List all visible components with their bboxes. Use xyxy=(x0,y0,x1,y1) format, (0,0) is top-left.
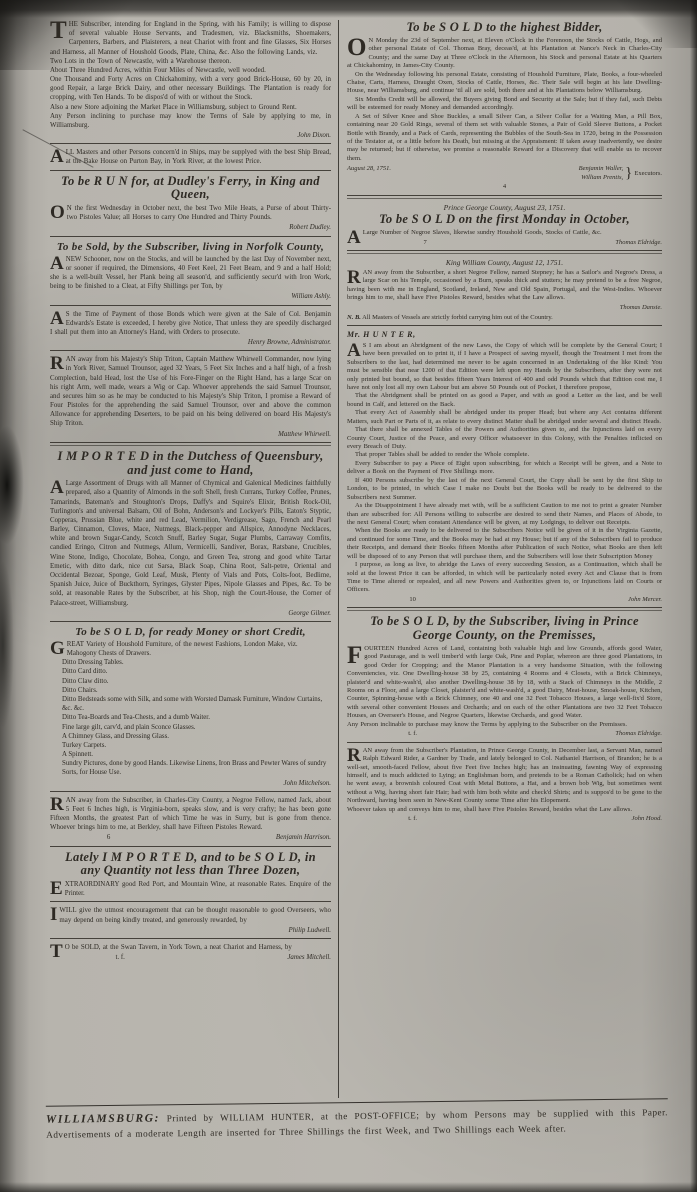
ad-signature: Thomas Eldridge. xyxy=(487,239,662,247)
ad-signature: Henry Browne, Administrator. xyxy=(50,338,331,347)
letter-paragraph: That there shall be annexed Tables of th… xyxy=(347,426,662,451)
column-rule xyxy=(347,195,662,199)
colophon-masthead: WILLIAMSBURG: xyxy=(46,1112,160,1125)
ad-signature-line: t. f. James Mitchell. xyxy=(65,953,331,962)
ad-body: ALarge Assortment of Drugs with all Mann… xyxy=(50,479,331,607)
scan-artifact-edge xyxy=(0,1182,697,1192)
printers-colophon: WILLIAMSBURG: Printed by WILLIAM HUNTER,… xyxy=(46,1098,668,1142)
letter-paragraph: As the Disappointment I have already met… xyxy=(347,502,662,527)
executors-block: Benjamin Waller, William Prentis, } Exec… xyxy=(579,165,662,182)
scan-artifact-ink-blob xyxy=(0,560,14,730)
drop-cap: R xyxy=(50,796,66,812)
brace-glyph: } xyxy=(625,167,632,180)
column-rule xyxy=(50,846,331,847)
ad-signature: Benjamin Harrison. xyxy=(167,833,331,842)
ad-eldridge-slaves-sale: Prince George County, August 23, 1751. T… xyxy=(347,203,662,247)
ad-heading: To be S O L D, by the Subscriber, living… xyxy=(347,615,662,643)
drop-cap: A xyxy=(347,342,363,358)
column-rule xyxy=(50,236,331,237)
ad-frequency-note: t. f. xyxy=(347,815,478,823)
ad-signature: William Ashly. xyxy=(50,292,331,301)
list-item: Ditto Card ditto. xyxy=(62,667,331,676)
letter-paragraph: That the Abridgment shall be printed on … xyxy=(347,392,662,409)
column-rule xyxy=(347,250,662,254)
scan-artifact-ink-blob xyxy=(0,425,24,545)
drop-cap: T xyxy=(50,943,65,959)
ad-imported-wine: Lately I M P O R T E D, and to be S O L … xyxy=(50,851,331,899)
newspaper-page-scan: THE Subscriber, intending for England in… xyxy=(0,0,697,1192)
ad-signature: John Mitchelson. xyxy=(50,779,331,788)
ad-number: 10 xyxy=(347,596,478,604)
ad-nota-bene: N. B. All Masters of Vessels are strictl… xyxy=(347,314,662,322)
drop-cap: R xyxy=(347,269,363,285)
ad-signature: George Gilmer. xyxy=(50,609,331,618)
drop-cap: R xyxy=(50,355,66,371)
drop-cap: A xyxy=(347,229,363,245)
list-item: Turkey Carpets. xyxy=(62,741,331,750)
ad-signature-line: t. f. John Hood. xyxy=(347,815,662,823)
column-rule xyxy=(50,621,331,622)
list-item: A Spinnett. xyxy=(62,750,331,759)
drop-cap: F xyxy=(347,645,364,665)
list-item: Ditto Dressing Tables. xyxy=(62,658,331,667)
ad-heading: To be S O L D to the highest Bidder, xyxy=(347,21,662,35)
ad-body: RAN away from the Subscriber, in Charles… xyxy=(50,796,331,833)
ad-frequency-note: t. f. xyxy=(347,730,478,738)
ad-furniture-mitchelson: To be S O L D, for ready Money or short … xyxy=(50,626,331,788)
ad-signature: Matthew Whirwell. xyxy=(50,430,331,439)
ad-dateline: Prince George County, August 23, 1751. xyxy=(347,203,662,213)
drop-cap: E xyxy=(50,880,65,896)
letter-paragraph: Every Subscriber to pay a Piece of Eight… xyxy=(347,460,662,477)
ad-horse-race-dudleys-ferry: To be R U N for, at Dudley's Ferry, in K… xyxy=(50,175,331,233)
ad-body: On the Wednesday following his personal … xyxy=(347,71,662,96)
drop-cap: A xyxy=(50,255,66,271)
ad-body: GREAT Variety of Houshold Furniture, of … xyxy=(50,640,331,649)
list-item: Ditto Bedsteads some with Silk, and some… xyxy=(62,695,331,713)
ad-edwards-bonds: AS the Time of Payment of those Bonds wh… xyxy=(50,310,331,348)
ad-heading: To be S O L D, for ready Money or short … xyxy=(50,626,331,638)
ad-heading: To be Sold, by the Subscriber, living in… xyxy=(50,241,331,253)
drop-cap: R xyxy=(347,747,363,763)
ad-signature: Robert Dudley. xyxy=(50,223,331,232)
list-item: Mahogony Chests of Drawers. xyxy=(62,649,331,658)
letter-paragraph: I purpose, as long as live, to abridge t… xyxy=(347,561,662,595)
ad-signature: John Dixon. xyxy=(50,131,331,140)
executor-name: Benjamin Waller, xyxy=(579,165,624,173)
column-rule xyxy=(50,305,331,306)
ad-imported-drugs-gilmer: I M P O R T E D in the Dutchess of Queen… xyxy=(50,450,331,618)
ad-dixon-estate: THE Subscriber, intending for England in… xyxy=(50,20,331,140)
ad-ship-bread: ALL Masters and other Persons concern'd … xyxy=(50,148,331,166)
ad-runaway-trounsor: RAN away from his Majesty's Ship Triton,… xyxy=(50,355,331,439)
ad-number: 4 xyxy=(347,183,662,191)
ad-heading: To be R U N for, at Dudley's Ferry, in K… xyxy=(50,175,331,203)
ad-date-and-executors: August 28, 1751. Benjamin Waller, Willia… xyxy=(347,165,662,182)
drop-cap: G xyxy=(50,640,67,656)
ad-body: ALarge Number of Negroe Slaves, likewise… xyxy=(347,229,662,237)
drop-cap: O xyxy=(50,204,67,220)
ad-body: RAN away from the Subscriber, a short Ne… xyxy=(347,269,662,303)
column-rule xyxy=(50,791,331,792)
drop-cap: T xyxy=(50,20,69,40)
colophon-text: WILLIAMSBURG: Printed by WILLIAM HUNTER,… xyxy=(46,1104,668,1142)
letter-paragraph: That proper Tables shall be added to ren… xyxy=(347,451,662,459)
executor-names: Benjamin Waller, William Prentis, xyxy=(579,165,624,182)
ad-body: AS the Time of Payment of those Bonds wh… xyxy=(50,310,331,338)
ad-body: FOURTEEN Hundred Acres of Land, containi… xyxy=(347,645,662,729)
letter-salutation: Mr. H U N T E R, xyxy=(347,330,662,340)
drop-cap: A xyxy=(50,310,66,326)
drop-cap: I xyxy=(50,906,59,922)
ad-body: RAN away from the Subscriber's Plantatio… xyxy=(347,747,662,815)
right-column: To be S O L D to the highest Bidder, ON … xyxy=(338,20,662,1098)
ad-chariot-swan-tavern: TO be SOLD, at the Swan Tavern, in York … xyxy=(50,943,331,962)
drop-cap: A xyxy=(50,479,66,495)
ad-signature-line: 7 Thomas Eldridge. xyxy=(363,239,662,247)
column-rule xyxy=(347,607,662,611)
executors-label: Executors. xyxy=(634,170,662,178)
ad-heading: I M P O R T E D in the Dutchess of Queen… xyxy=(50,450,331,478)
ad-body: ALL Masters and other Persons concern'd … xyxy=(50,148,331,166)
ad-body: Six Months Credit will be allowed, the B… xyxy=(347,96,662,113)
ad-frequency-note: t. f. xyxy=(65,953,176,962)
ad-signature: John Hood. xyxy=(478,815,662,823)
letter-mercer-law-abridgment: Mr. H U N T E R, AS I am about an Abridg… xyxy=(347,330,662,604)
column-rule xyxy=(50,350,331,351)
letter-paragraph: That every Act of Assembly shall be abri… xyxy=(347,409,662,426)
ad-runaway-rider: RAN away from the Subscriber's Plantatio… xyxy=(347,747,662,824)
ad-body: IWILL give the utmost encouragement that… xyxy=(50,906,331,924)
ad-body: ANEW Schooner, now on the Stocks, and wi… xyxy=(50,255,331,292)
list-item: Fine large gilt, carv'd, and plain Sconc… xyxy=(62,723,331,732)
ad-eldridge-land-sale: To be S O L D, by the Subscriber, living… xyxy=(347,615,662,738)
ad-signature-line: 10 John Mercer. xyxy=(347,596,662,604)
ad-body: RAN away from his Majesty's Ship Triton,… xyxy=(50,355,331,428)
list-item: Ditto Claw ditto. xyxy=(62,677,331,686)
ad-body: TO be SOLD, at the Swan Tavern, in York … xyxy=(50,943,331,952)
ad-signature: James Mitchell. xyxy=(176,953,331,962)
furniture-list: Mahogony Chests of Drawers. Ditto Dressi… xyxy=(62,649,331,777)
ad-signature: Philip Ludwell. xyxy=(50,926,331,935)
advertisement-columns: THE Subscriber, intending for England in… xyxy=(50,20,662,1098)
ad-body: ON Monday the 23d of September next, at … xyxy=(347,37,662,71)
ad-body: EXTRAORDINARY good Red Port, and Mountai… xyxy=(50,880,331,898)
list-item: Ditto Tea-Boards and Tea-Chests, and a d… xyxy=(62,713,331,722)
ad-runaway-stepney: King William County, August 12, 1751. RA… xyxy=(347,258,662,322)
ad-runaway-jack: RAN away from the Subscriber, in Charles… xyxy=(50,796,331,843)
ad-signature-line: t. f. Thomas Eldridge. xyxy=(347,730,662,738)
ad-schooner-norfolk: To be Sold, by the Subscriber, living in… xyxy=(50,241,331,302)
column-rule xyxy=(347,325,662,326)
column-rule xyxy=(50,442,331,446)
column-rule xyxy=(50,901,331,902)
ad-body: THE Subscriber, intending for England in… xyxy=(50,20,331,130)
list-item: Ditto Chairs. xyxy=(62,686,331,695)
drop-cap: O xyxy=(347,37,368,57)
left-column: THE Subscriber, intending for England in… xyxy=(50,20,338,1098)
letter-paragraph: When the Books are ready to be delivered… xyxy=(347,527,662,561)
drop-cap: A xyxy=(50,148,66,164)
letter-paragraph: If 400 Persons subscribe by the last of … xyxy=(347,477,662,502)
ad-number: 6 xyxy=(50,833,167,842)
letter-paragraph: AS I am about an Abridgment of the new L… xyxy=(347,342,662,393)
column-rule xyxy=(50,170,331,171)
ad-dateline: King William County, August 12, 1751. xyxy=(347,258,662,268)
column-rule xyxy=(50,938,331,939)
list-item: A Chimney Glass, and Dressing Glass. xyxy=(62,732,331,741)
ad-body: ON the first Wednesday in October next, … xyxy=(50,204,331,222)
column-rule xyxy=(50,143,331,144)
ad-bray-estate-auction: To be S O L D to the highest Bidder, ON … xyxy=(347,21,662,192)
ad-heading: To be S O L D on the first Monday in Oct… xyxy=(347,213,662,227)
ad-signature-line: 6 Benjamin Harrison. xyxy=(50,833,331,842)
executor-name: William Prentis, xyxy=(579,174,624,182)
ad-number: 7 xyxy=(363,239,488,247)
list-item: Sundry Pictures, done by good Hands. Lik… xyxy=(62,759,331,777)
scan-artifact-edge xyxy=(690,0,697,1192)
ad-signature: Thomas Eldridge. xyxy=(478,730,662,738)
nb-label: N. B. xyxy=(347,314,361,321)
ad-heading: Lately I M P O R T E D, and to be S O L … xyxy=(50,851,331,879)
ad-signature: Thomas Dansie. xyxy=(347,304,662,312)
column-rule xyxy=(347,742,662,743)
ad-body: A Set of Silver Knee and Shoe Buckles, a… xyxy=(347,113,662,164)
ad-date: August 28, 1751. xyxy=(347,165,391,173)
ad-overseers-ludwell: IWILL give the utmost encouragement that… xyxy=(50,906,331,935)
ad-signature: John Mercer. xyxy=(478,596,662,604)
